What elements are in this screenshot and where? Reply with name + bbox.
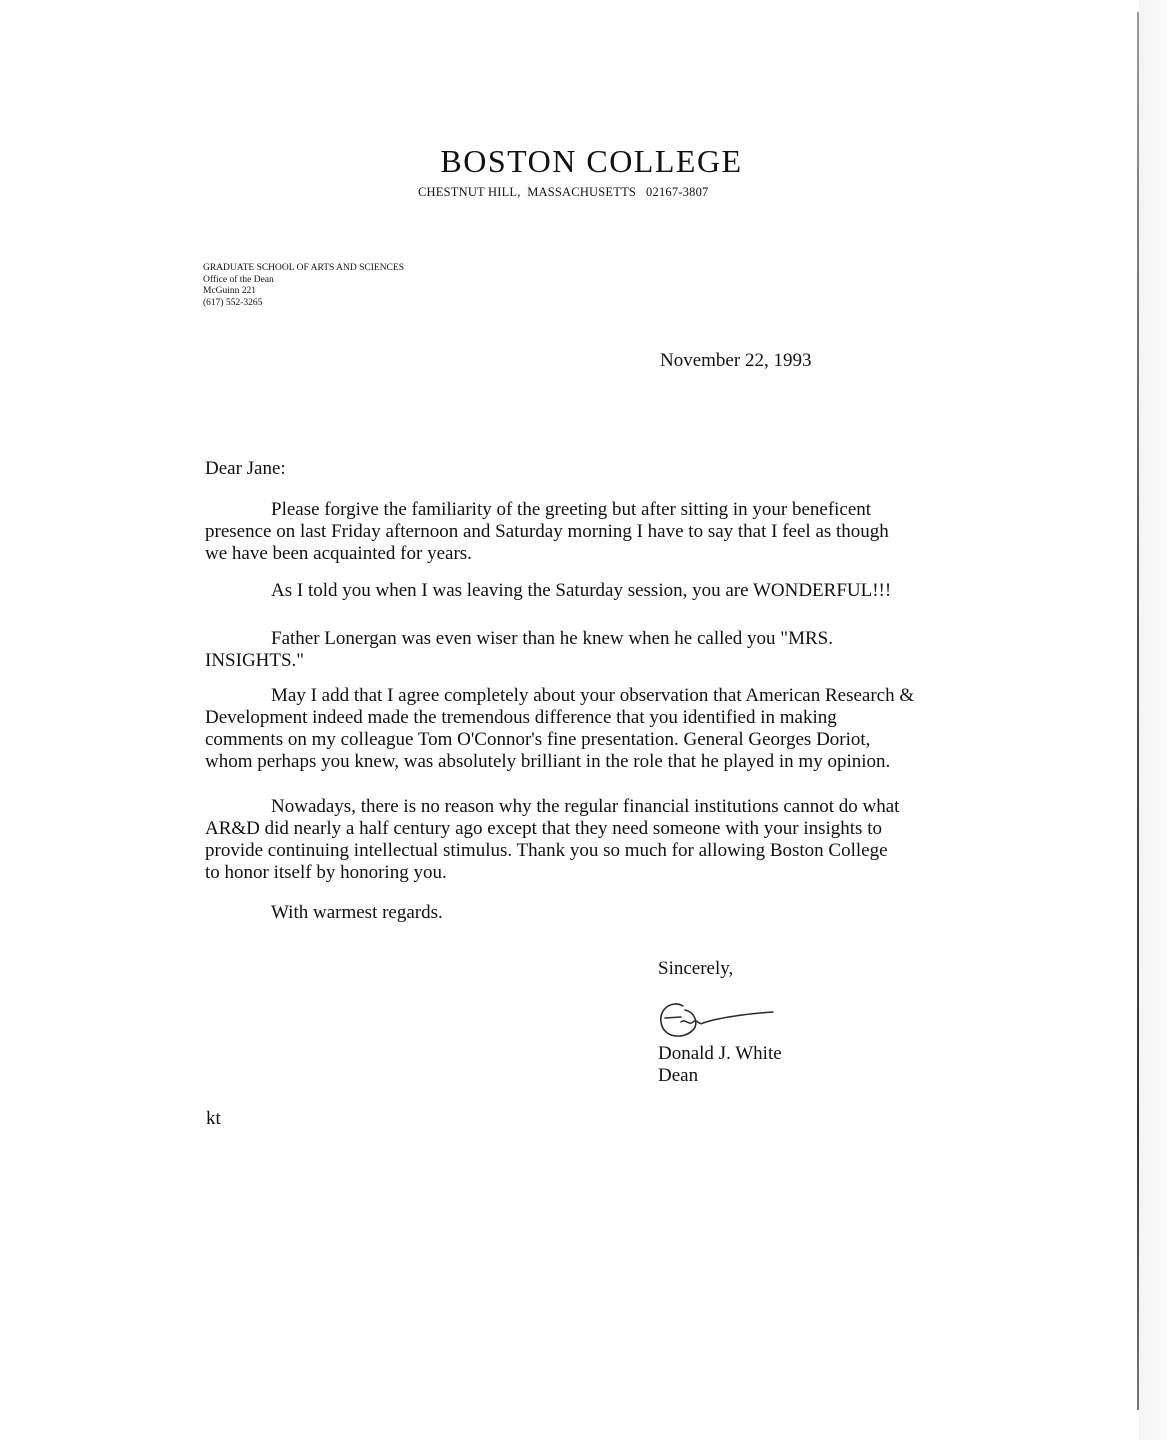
paragraph-line: provide continuing intellectual stimulus… bbox=[205, 840, 985, 862]
paragraph-line: AR&D did nearly a half century ago excep… bbox=[205, 818, 985, 840]
department-school: GRADUATE SCHOOL OF ARTS AND SCIENCES bbox=[203, 263, 404, 275]
signer-name: Donald J. White bbox=[658, 1043, 782, 1065]
typist-initials: kt bbox=[206, 1108, 221, 1130]
paragraph-line: Please forgive the familiarity of the gr… bbox=[205, 499, 985, 521]
paragraph-2: As I told you when I was leaving the Sat… bbox=[205, 580, 985, 602]
paragraph-6: With warmest regards. bbox=[205, 902, 985, 924]
paragraph-line: INSIGHTS." bbox=[205, 650, 985, 672]
salutation: Dear Jane: bbox=[205, 458, 286, 480]
department-phone: (617) 552-3265 bbox=[203, 298, 404, 310]
letter-date: November 22, 1993 bbox=[660, 350, 811, 372]
paragraph-line: With warmest regards. bbox=[205, 902, 985, 924]
page-edge-line bbox=[1137, 12, 1139, 1410]
paragraph-line: whom perhaps you knew, was absolutely br… bbox=[205, 751, 985, 773]
signer-title: Dean bbox=[658, 1065, 698, 1087]
letter-page: BOSTON COLLEGE CHESTNUT HILL, MASSACHUSE… bbox=[0, 0, 1167, 1440]
paragraph-3: Father Lonergan was even wiser than he k… bbox=[205, 628, 985, 672]
department-block: GRADUATE SCHOOL OF ARTS AND SCIENCES Off… bbox=[203, 263, 404, 309]
page-edge-shadow bbox=[1139, 0, 1167, 1440]
paragraph-5: Nowadays, there is no reason why the reg… bbox=[205, 796, 985, 884]
paragraph-line: comments on my colleague Tom O'Connor's … bbox=[205, 729, 985, 751]
signature-icon bbox=[655, 996, 785, 1046]
letterhead-institution: BOSTON COLLEGE bbox=[0, 143, 1167, 180]
department-office: Office of the Dean bbox=[203, 275, 404, 287]
paragraph-line: we have been acquainted for years. bbox=[205, 543, 985, 565]
paragraph-line: presence on last Friday afternoon and Sa… bbox=[205, 521, 985, 543]
closing: Sincerely, bbox=[658, 958, 733, 980]
paragraph-line: Nowadays, there is no reason why the reg… bbox=[205, 796, 985, 818]
paragraph-1: Please forgive the familiarity of the gr… bbox=[205, 499, 985, 565]
paragraph-line: As I told you when I was leaving the Sat… bbox=[205, 580, 985, 602]
letterhead-address: CHESTNUT HILL, MASSACHUSETTS 02167-3807 bbox=[418, 185, 708, 200]
paragraph-4: May I add that I agree completely about … bbox=[205, 685, 985, 773]
paragraph-line: Development indeed made the tremendous d… bbox=[205, 707, 985, 729]
paragraph-line: Father Lonergan was even wiser than he k… bbox=[205, 628, 985, 650]
paragraph-line: to honor itself by honoring you. bbox=[205, 862, 985, 884]
department-room: McGuinn 221 bbox=[203, 286, 404, 298]
paragraph-line: May I add that I agree completely about … bbox=[205, 685, 985, 707]
